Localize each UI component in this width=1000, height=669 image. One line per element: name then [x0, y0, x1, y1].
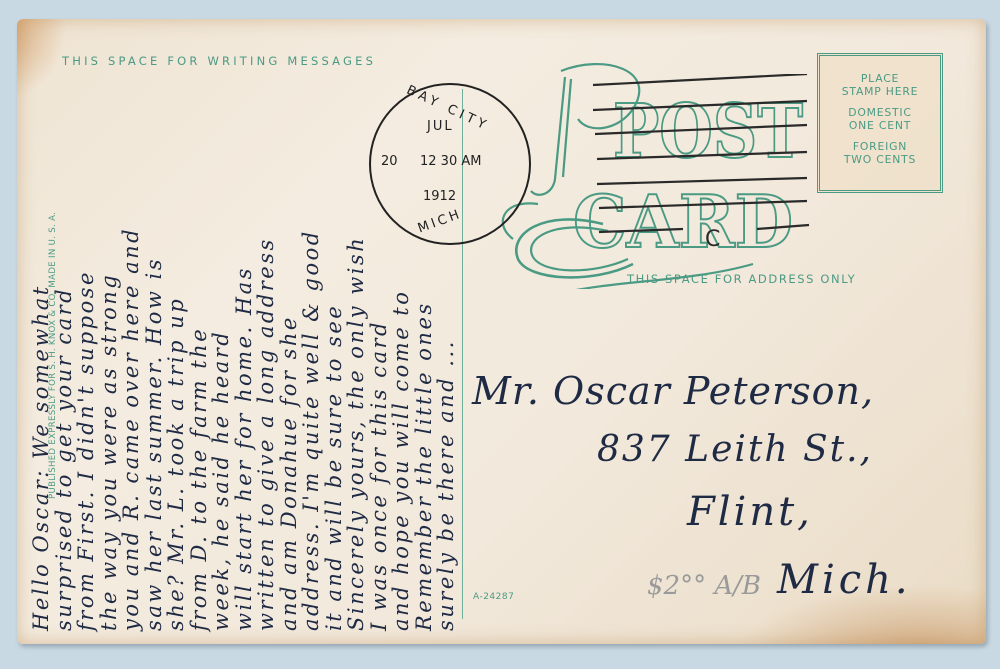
message-space-label: THIS SPACE FOR WRITING MESSAGES [62, 54, 376, 68]
message-line: will start her for home. Has [232, 266, 256, 631]
stamp-box-line: TWO CENTS [844, 153, 916, 166]
stamp-box: PLACE STAMP HERE DOMESTIC ONE CENT FOREI… [817, 53, 943, 193]
message-line: Remember the little ones [412, 301, 436, 631]
address-street: 837 Leith St., [597, 429, 873, 470]
postmark-year: 1912 [423, 189, 456, 204]
svg-text:C: C [705, 227, 720, 252]
address-city: Flint, [687, 489, 813, 535]
message-line: address. I'm quite well & good [299, 229, 323, 631]
message-line: Sincerely yours, the only wish [344, 236, 368, 631]
stamp-box-line: STAMP HERE [842, 85, 919, 98]
postcard: Hello Oscar: We somewhatsurprised to get… [17, 19, 986, 644]
message-line: I was once for this card [367, 320, 391, 631]
postmark-month: JUL [427, 119, 454, 134]
message-line: the way you were as strong [97, 273, 121, 631]
cancellation-lines: C [587, 74, 817, 254]
stamp-box-line: FOREIGN [853, 140, 907, 153]
address-name: Mr. Oscar Peterson, [472, 369, 874, 413]
postmark-time: 12 30 AM [420, 154, 481, 169]
message-line: week, he said he heard [209, 330, 233, 631]
message-line: from D. to the farm the [187, 327, 211, 631]
stamp-box-line: PLACE [861, 72, 899, 85]
address-space-label: THIS SPACE FOR ADDRESS ONLY [627, 272, 856, 286]
postmark-day: 20 [381, 154, 398, 169]
serial-number: A-24287 [473, 592, 514, 602]
message-line: it and will be sure to see [322, 304, 346, 631]
stamp-box-line: ONE CENT [849, 119, 911, 132]
pencil-price-note: $2°° A/B [647, 571, 761, 601]
message-line: she? Mr. L. took a trip up [164, 297, 188, 631]
message-line: and am Donahue for she [277, 315, 301, 631]
message-line: saw her last summer. How is [142, 257, 166, 631]
stamp-box-line: DOMESTIC [848, 106, 912, 119]
message-line: and hope you will come to [389, 290, 413, 631]
message-line: written to give a long address [254, 237, 278, 631]
message-line: you and R. came over here and [119, 227, 143, 631]
publisher-imprint: PUBLISHED EXPRESSLY FOR S. H. KNOX & CO.… [48, 212, 58, 499]
age-stain [17, 19, 67, 99]
address-state: Mich. [777, 557, 912, 603]
message-line: from First. I didn't suppose [74, 270, 98, 631]
message-line: surely be there and ... [434, 339, 458, 631]
postmark: BAY CITY JUL 20 12 30 AM 1912 MICH [365, 79, 535, 253]
